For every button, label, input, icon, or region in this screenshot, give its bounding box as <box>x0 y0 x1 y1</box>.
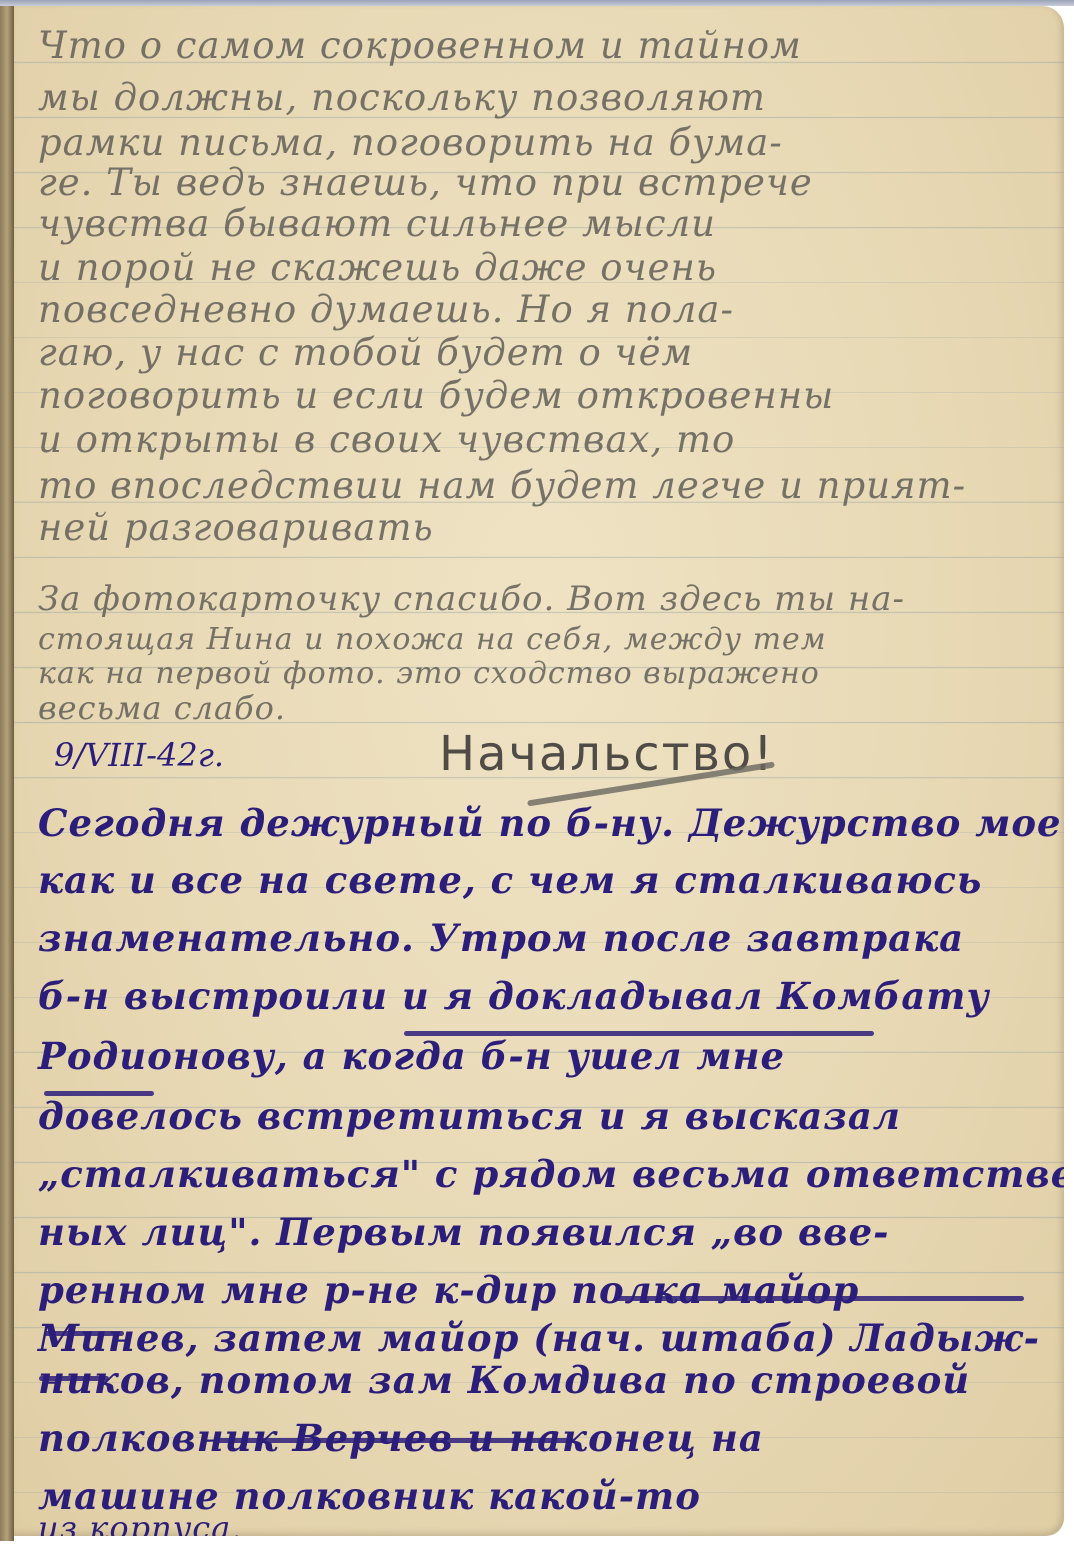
pencil-line: поговорить и если будем откровенны <box>38 374 834 417</box>
entry-line: ренном мне р-не к-дир полка майор <box>38 1268 859 1312</box>
name-underline <box>44 1331 124 1336</box>
entry-line: б-н выстроили и я докладывал Комбату <box>38 974 990 1018</box>
entry-line: „сталкиваться" с рядом весьма ответствен… <box>38 1152 1064 1196</box>
photo-line: как на первой фото. это сходство выражен… <box>38 656 820 691</box>
scanned-page: Что о самом сокровенном и тайном мы долж… <box>0 0 1074 1555</box>
pencil-line: ней разговаривать <box>38 506 434 549</box>
photo-line: весьма слабо. <box>38 689 286 727</box>
pencil-line: чувства бывают сильнее мысли <box>38 202 716 245</box>
entry-line: довелось встретиться и я высказал <box>38 1094 901 1138</box>
entry-line: Родионову, а когда б-н ушел мне <box>38 1034 785 1078</box>
entry-line: ников, потом зам Комдива по строевой <box>38 1358 970 1402</box>
photo-line: стоящая Нина и похожа на себя, между тем <box>38 622 827 657</box>
pencil-line: Что о самом сокровенном и тайном <box>38 24 802 67</box>
name-underline <box>214 1438 574 1443</box>
pencil-line: мы должны, поскольку позволяют <box>38 76 766 119</box>
entry-line: Минев, затем майор (нач. штаба) Ладыж- <box>38 1316 1040 1360</box>
pencil-line: то впоследствии нам будет легче и прият- <box>38 464 966 507</box>
pencil-line: гаю, у нас с тобой будет о чём <box>38 331 693 374</box>
notebook-binding <box>0 6 14 1541</box>
entry-date: 9/VIII-42г. <box>54 736 224 774</box>
pencil-line: рамки письма, поговорить на бума- <box>38 121 783 164</box>
entry-line: из корпуса. <box>38 1509 242 1536</box>
entry-line: ных лиц". Первым появился „во вве- <box>38 1210 890 1254</box>
name-underline <box>39 1376 109 1381</box>
name-underline <box>614 1296 1024 1301</box>
pencil-line: и порой не скажешь даже очень <box>38 246 717 289</box>
pencil-line: ге. Ты ведь знаешь, что при встрече <box>38 161 813 204</box>
entry-line: Сегодня дежурный по б-ну. Дежурство мое <box>38 801 1062 845</box>
entry-line: знаменательно. Утром после завтрака <box>38 916 964 960</box>
photo-line: За фотокарточку спасибо. Вот здесь ты на… <box>38 579 905 619</box>
entry-line: как и все на свете, с чем я сталкиваюсь <box>38 858 982 902</box>
pencil-line: и открыты в своих чувствах, то <box>38 418 735 461</box>
notebook-page: Что о самом сокровенном и тайном мы долж… <box>14 6 1064 1536</box>
pencil-line: повседневно думаешь. Но я пола- <box>38 288 734 331</box>
